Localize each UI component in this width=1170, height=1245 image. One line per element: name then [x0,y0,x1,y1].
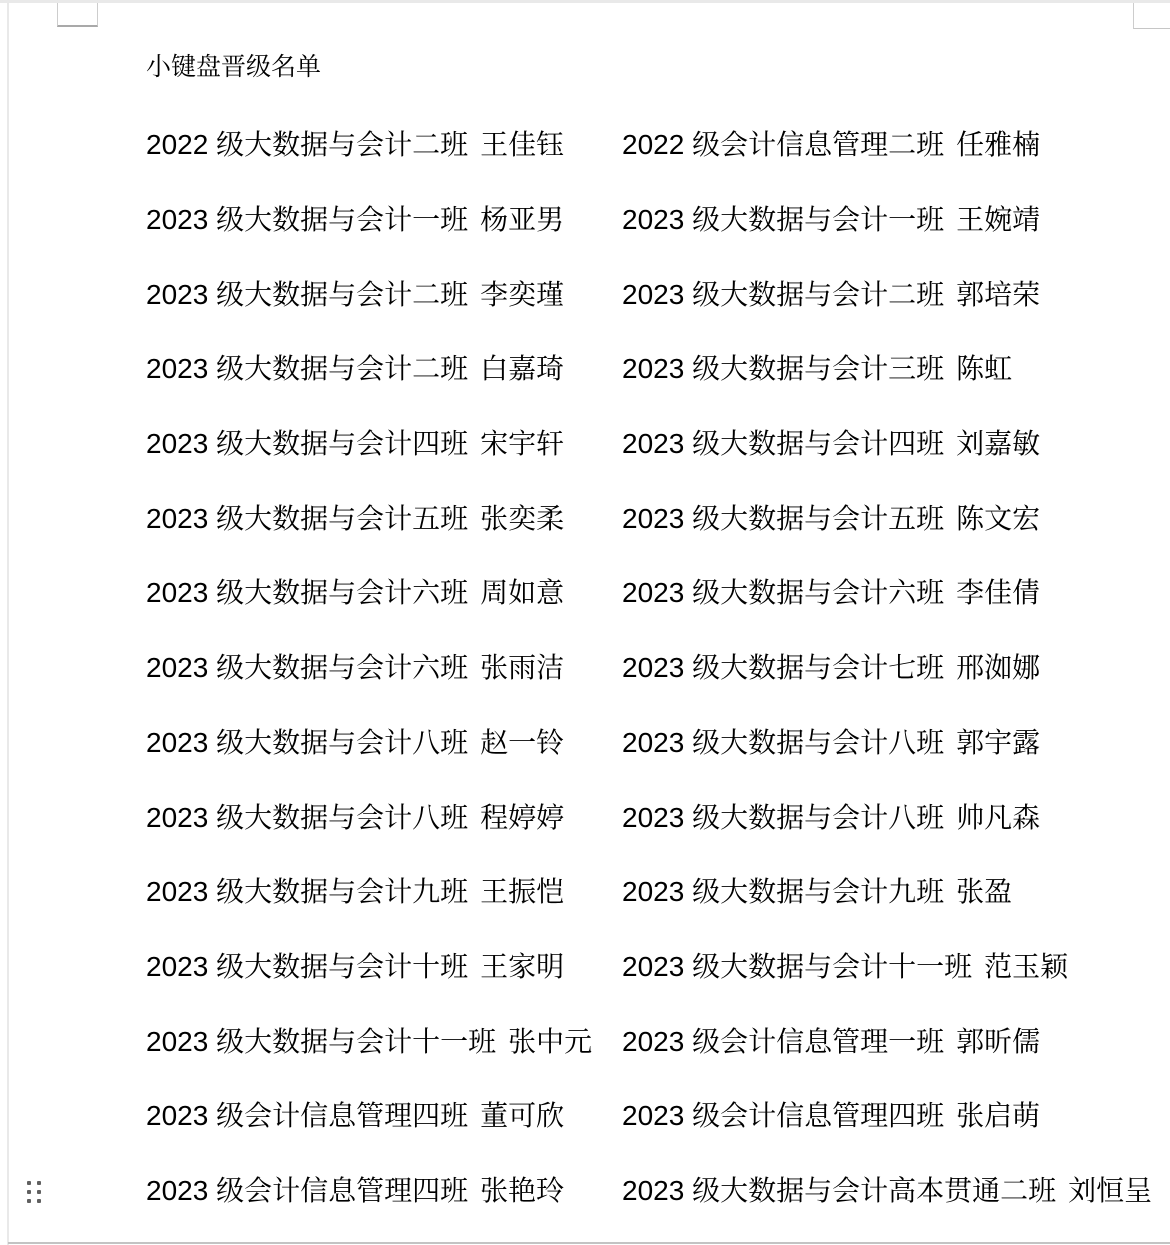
drag-handle-icon[interactable] [27,1181,41,1203]
student-name: 王婉靖 [956,198,1040,238]
roster-row: 2023 级大数据与会计一班 杨亚男 2023 级大数据与会计一班 王婉靖 [146,181,1170,256]
roster-entry: 2023 级大数据与会计六班 张雨洁 [146,646,622,686]
student-name: 邢洳娜 [956,646,1040,686]
roster-entry: 2023 级大数据与会计十一班 张中元 [146,1020,622,1060]
student-name: 宋宇轩 [480,422,564,462]
student-name: 杨亚男 [480,198,564,238]
student-name: 陈虹 [956,347,1012,387]
roster-entry: 2023 级大数据与会计九班 王振恺 [146,870,622,910]
class-label: 2023 级大数据与会计八班 [622,721,956,761]
class-label: 2023 级大数据与会计九班 [146,870,480,910]
page-left-edge [7,0,9,1245]
roster-entry: 2023 级大数据与会计六班 李佳倩 [622,571,1170,611]
roster-entry: 2023 级大数据与会计二班 李奕瑾 [146,273,622,313]
drag-handle-dot [37,1190,41,1194]
roster-entry: 2023 级会计信息管理四班 董可欣 [146,1094,622,1134]
drag-handle-dot [27,1190,31,1194]
roster-entry: 2023 级大数据与会计二班 郭培荣 [622,273,1170,313]
student-name: 刘嘉敏 [956,422,1040,462]
class-label: 2023 级大数据与会计一班 [146,198,480,238]
class-label: 2023 级大数据与会计三班 [622,347,956,387]
drag-handle-dot [37,1181,41,1185]
student-name: 王振恺 [480,870,564,910]
class-label: 2023 级大数据与会计六班 [622,571,956,611]
roster-entry: 2022 级会计信息管理二班 任雅楠 [622,123,1170,163]
page-corner-marker-left [57,3,98,27]
page-bottom-edge [8,1242,1170,1244]
roster-entry: 2023 级大数据与会计八班 程婷婷 [146,796,622,836]
roster-entry: 2023 级大数据与会计八班 郭宇露 [622,721,1170,761]
class-label: 2023 级大数据与会计四班 [146,422,480,462]
class-label: 2023 级大数据与会计二班 [622,273,956,313]
roster-row: 2023 级大数据与会计十班 王家明 2023 级大数据与会计十一班 范玉颖 [146,928,1170,1003]
roster-row: 2023 级大数据与会计六班 张雨洁 2023 级大数据与会计七班 邢洳娜 [146,629,1170,704]
roster-entry: 2023 级大数据与会计八班 赵一铃 [146,721,622,761]
student-name: 张艳玲 [480,1169,564,1209]
roster-entry: 2023 级大数据与会计四班 刘嘉敏 [622,422,1170,462]
roster-entry: 2023 级大数据与会计八班 帅凡森 [622,796,1170,836]
student-name: 陈文宏 [956,497,1040,537]
student-name: 刘恒呈 [1068,1169,1152,1209]
roster-entry: 2023 级大数据与会计五班 张奕柔 [146,497,622,537]
class-label: 2023 级大数据与会计八班 [622,796,956,836]
document-page: 小键盘晋级名单 2022 级大数据与会计二班 王佳钰 2022 级会计信息管理二… [0,0,1170,1245]
class-label: 2023 级大数据与会计十一班 [622,945,984,985]
class-label: 2023 级大数据与会计五班 [146,497,480,537]
roster-entry: 2023 级大数据与会计高本贯通二班 刘恒呈 [622,1169,1170,1209]
class-label: 2023 级会计信息管理四班 [146,1094,480,1134]
class-label: 2023 级会计信息管理一班 [622,1020,956,1060]
student-name: 郭培荣 [956,273,1040,313]
roster-row: 2022 级大数据与会计二班 王佳钰 2022 级会计信息管理二班 任雅楠 [146,106,1170,181]
student-name: 张盈 [956,870,1012,910]
class-label: 2023 级大数据与会计七班 [622,646,956,686]
student-name: 白嘉琦 [480,347,564,387]
student-name: 帅凡森 [956,796,1040,836]
roster-entry: 2023 级大数据与会计七班 邢洳娜 [622,646,1170,686]
class-label: 2023 级大数据与会计十一班 [146,1020,508,1060]
roster-row: 2023 级大数据与会计五班 张奕柔 2023 级大数据与会计五班 陈文宏 [146,479,1170,554]
class-label: 2022 级大数据与会计二班 [146,123,480,163]
student-name: 郭昕儒 [956,1020,1040,1060]
class-label: 2023 级会计信息管理四班 [146,1169,480,1209]
page-top-edge [0,0,1170,3]
roster-entry: 2023 级会计信息管理四班 张艳玲 [146,1169,622,1209]
roster-entry: 2023 级大数据与会计十一班 范玉颖 [622,945,1170,985]
roster-row: 2023 级大数据与会计二班 白嘉琦 2023 级大数据与会计三班 陈虹 [146,330,1170,405]
roster-row: 2023 级会计信息管理四班 张艳玲 2023 级大数据与会计高本贯通二班 刘恒… [146,1152,1170,1227]
page-corner-marker-right [1133,3,1170,29]
class-label: 2023 级大数据与会计十班 [146,945,480,985]
class-label: 2023 级大数据与会计高本贯通二班 [622,1169,1068,1209]
student-name: 李奕瑾 [480,273,564,313]
roster-entry: 2023 级大数据与会计九班 张盈 [622,870,1170,910]
roster-row: 2023 级大数据与会计十一班 张中元 2023 级会计信息管理一班 郭昕儒 [146,1002,1170,1077]
roster-entry: 2023 级大数据与会计三班 陈虹 [622,347,1170,387]
student-name: 董可欣 [480,1094,564,1134]
student-name: 张启萌 [956,1094,1040,1134]
roster-entry: 2023 级会计信息管理四班 张启萌 [622,1094,1170,1134]
roster-rows: 2022 级大数据与会计二班 王佳钰 2022 级会计信息管理二班 任雅楠 20… [146,106,1170,1226]
class-label: 2023 级大数据与会计二班 [146,347,480,387]
roster-entry: 2023 级大数据与会计二班 白嘉琦 [146,347,622,387]
student-name: 张奕柔 [480,497,564,537]
roster-row: 2023 级大数据与会计八班 程婷婷 2023 级大数据与会计八班 帅凡森 [146,778,1170,853]
drag-handle-dot [27,1181,31,1185]
roster-entry: 2022 级大数据与会计二班 王佳钰 [146,123,622,163]
class-label: 2023 级大数据与会计九班 [622,870,956,910]
drag-handle-dot [37,1199,41,1203]
roster-entry: 2023 级大数据与会计一班 杨亚男 [146,198,622,238]
document-title: 小键盘晋级名单 [146,53,321,82]
student-name: 任雅楠 [956,123,1040,163]
roster-entry: 2023 级会计信息管理一班 郭昕儒 [622,1020,1170,1060]
class-label: 2023 级大数据与会计六班 [146,646,480,686]
roster-row: 2023 级大数据与会计四班 宋宇轩 2023 级大数据与会计四班 刘嘉敏 [146,405,1170,480]
roster-row: 2023 级大数据与会计六班 周如意 2023 级大数据与会计六班 李佳倩 [146,554,1170,629]
class-label: 2023 级大数据与会计六班 [146,571,480,611]
student-name: 赵一铃 [480,721,564,761]
student-name: 王家明 [480,945,564,985]
roster-entry: 2023 级大数据与会计六班 周如意 [146,571,622,611]
roster-entry: 2023 级大数据与会计五班 陈文宏 [622,497,1170,537]
class-label: 2023 级大数据与会计八班 [146,796,480,836]
student-name: 张雨洁 [480,646,564,686]
class-label: 2023 级大数据与会计二班 [146,273,480,313]
student-name: 程婷婷 [480,796,564,836]
student-name: 王佳钰 [480,123,564,163]
class-label: 2023 级大数据与会计八班 [146,721,480,761]
class-label: 2023 级大数据与会计四班 [622,422,956,462]
roster-row: 2023 级大数据与会计二班 李奕瑾 2023 级大数据与会计二班 郭培荣 [146,255,1170,330]
roster-entry: 2023 级大数据与会计四班 宋宇轩 [146,422,622,462]
class-label: 2022 级会计信息管理二班 [622,123,956,163]
student-name: 张中元 [508,1020,592,1060]
class-label: 2023 级大数据与会计五班 [622,497,956,537]
roster-row: 2023 级大数据与会计八班 赵一铃 2023 级大数据与会计八班 郭宇露 [146,704,1170,779]
roster-row: 2023 级会计信息管理四班 董可欣 2023 级会计信息管理四班 张启萌 [146,1077,1170,1152]
roster-entry: 2023 级大数据与会计一班 王婉靖 [622,198,1170,238]
student-name: 范玉颖 [984,945,1068,985]
class-label: 2023 级大数据与会计一班 [622,198,956,238]
student-name: 周如意 [480,571,564,611]
drag-handle-dot [27,1199,31,1203]
roster-row: 2023 级大数据与会计九班 王振恺 2023 级大数据与会计九班 张盈 [146,853,1170,928]
student-name: 郭宇露 [956,721,1040,761]
class-label: 2023 级会计信息管理四班 [622,1094,956,1134]
student-name: 李佳倩 [956,571,1040,611]
roster-entry: 2023 级大数据与会计十班 王家明 [146,945,622,985]
